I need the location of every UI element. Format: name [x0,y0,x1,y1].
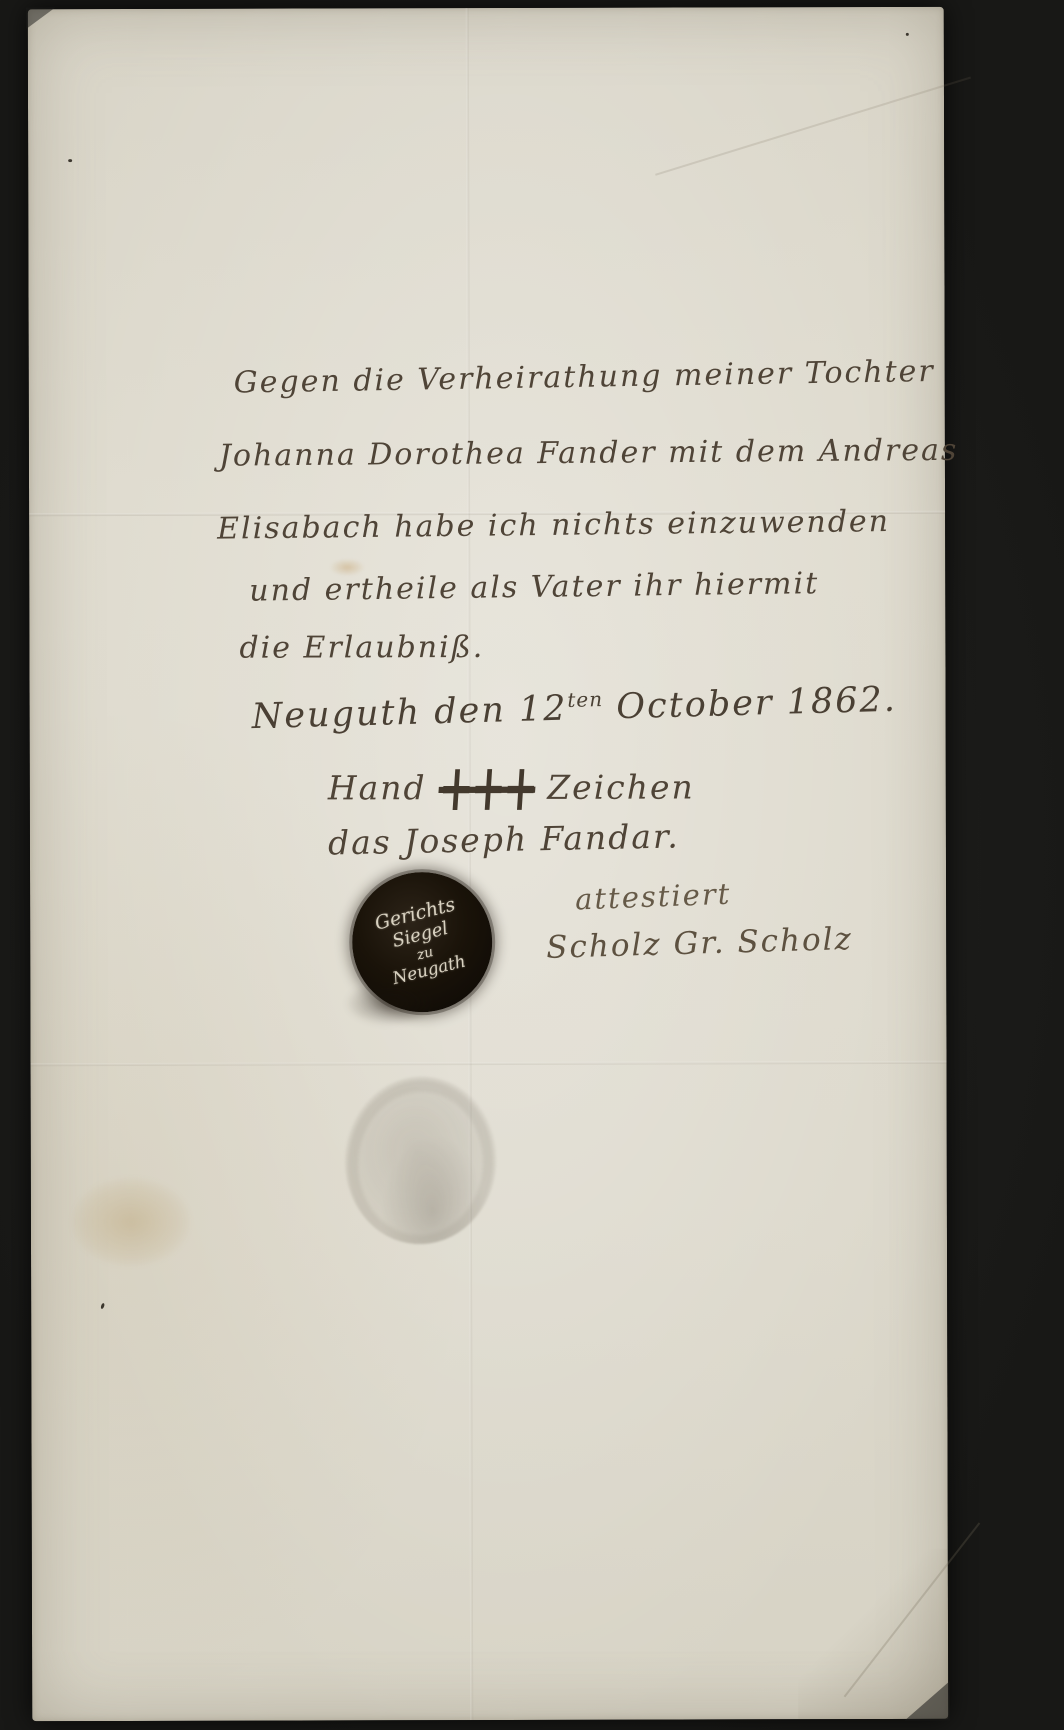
hand-mark-label-left: Hand [328,768,427,807]
horizontal-fold-crease-lower [31,1061,947,1066]
paper-sheet: Gegen die Verheirathung meiner Tochter J… [28,7,948,1721]
diagonal-crease-top-right [655,77,971,176]
manuscript-line-3: Elisabach habe ich nichts einzuwenden [217,504,890,547]
date-place-line: Neuguth den 12ten October 1862. [251,679,897,737]
torn-corner-bottom-right [904,1681,950,1721]
manuscript-line-4: und ertheile als Vater ihr hiermit [249,566,819,608]
attestation-signature: Scholz Gr. Scholz [546,921,854,966]
hand-mark-line: Hand+++Zeichen [328,759,695,809]
torn-corner-top-left [26,7,56,29]
manuscript-line-5: die Erlaubniß. [239,630,484,666]
diagonal-crease-bottom-right [844,1522,981,1697]
paper-stain-bottom-left [71,1177,191,1267]
faint-seal-impression [339,1071,502,1249]
manuscript-line-2: Johanna Dorothea Fander mit dem Andreas [219,433,959,474]
corner-fold-shading [798,1549,948,1719]
paper-speck [100,1303,105,1310]
court-seal: Gerichts Siegel zu Neugath [352,872,492,1012]
court-seal-text: Gerichts Siegel zu Neugath [373,894,471,990]
hand-mark-label-right: Zeichen [547,767,695,806]
date-ordinal-suffix: ten [567,687,603,712]
vertical-fold-crease [466,8,473,1720]
paper-speck [68,159,72,162]
attestation-word: attestiert [575,877,732,917]
manuscript-line-1: Gegen die Verheirathung meiner Tochter [233,354,935,401]
hand-mark-crosses-icon: +++ [436,749,538,825]
date-month-year: October 1862. [603,680,898,728]
signer-name-line: das Joseph Fandar. [328,816,680,862]
date-place-day: Neuguth den 12 [251,689,568,738]
scan-background: Gegen die Verheirathung meiner Tochter J… [0,0,1064,1730]
paper-speck [906,33,909,36]
